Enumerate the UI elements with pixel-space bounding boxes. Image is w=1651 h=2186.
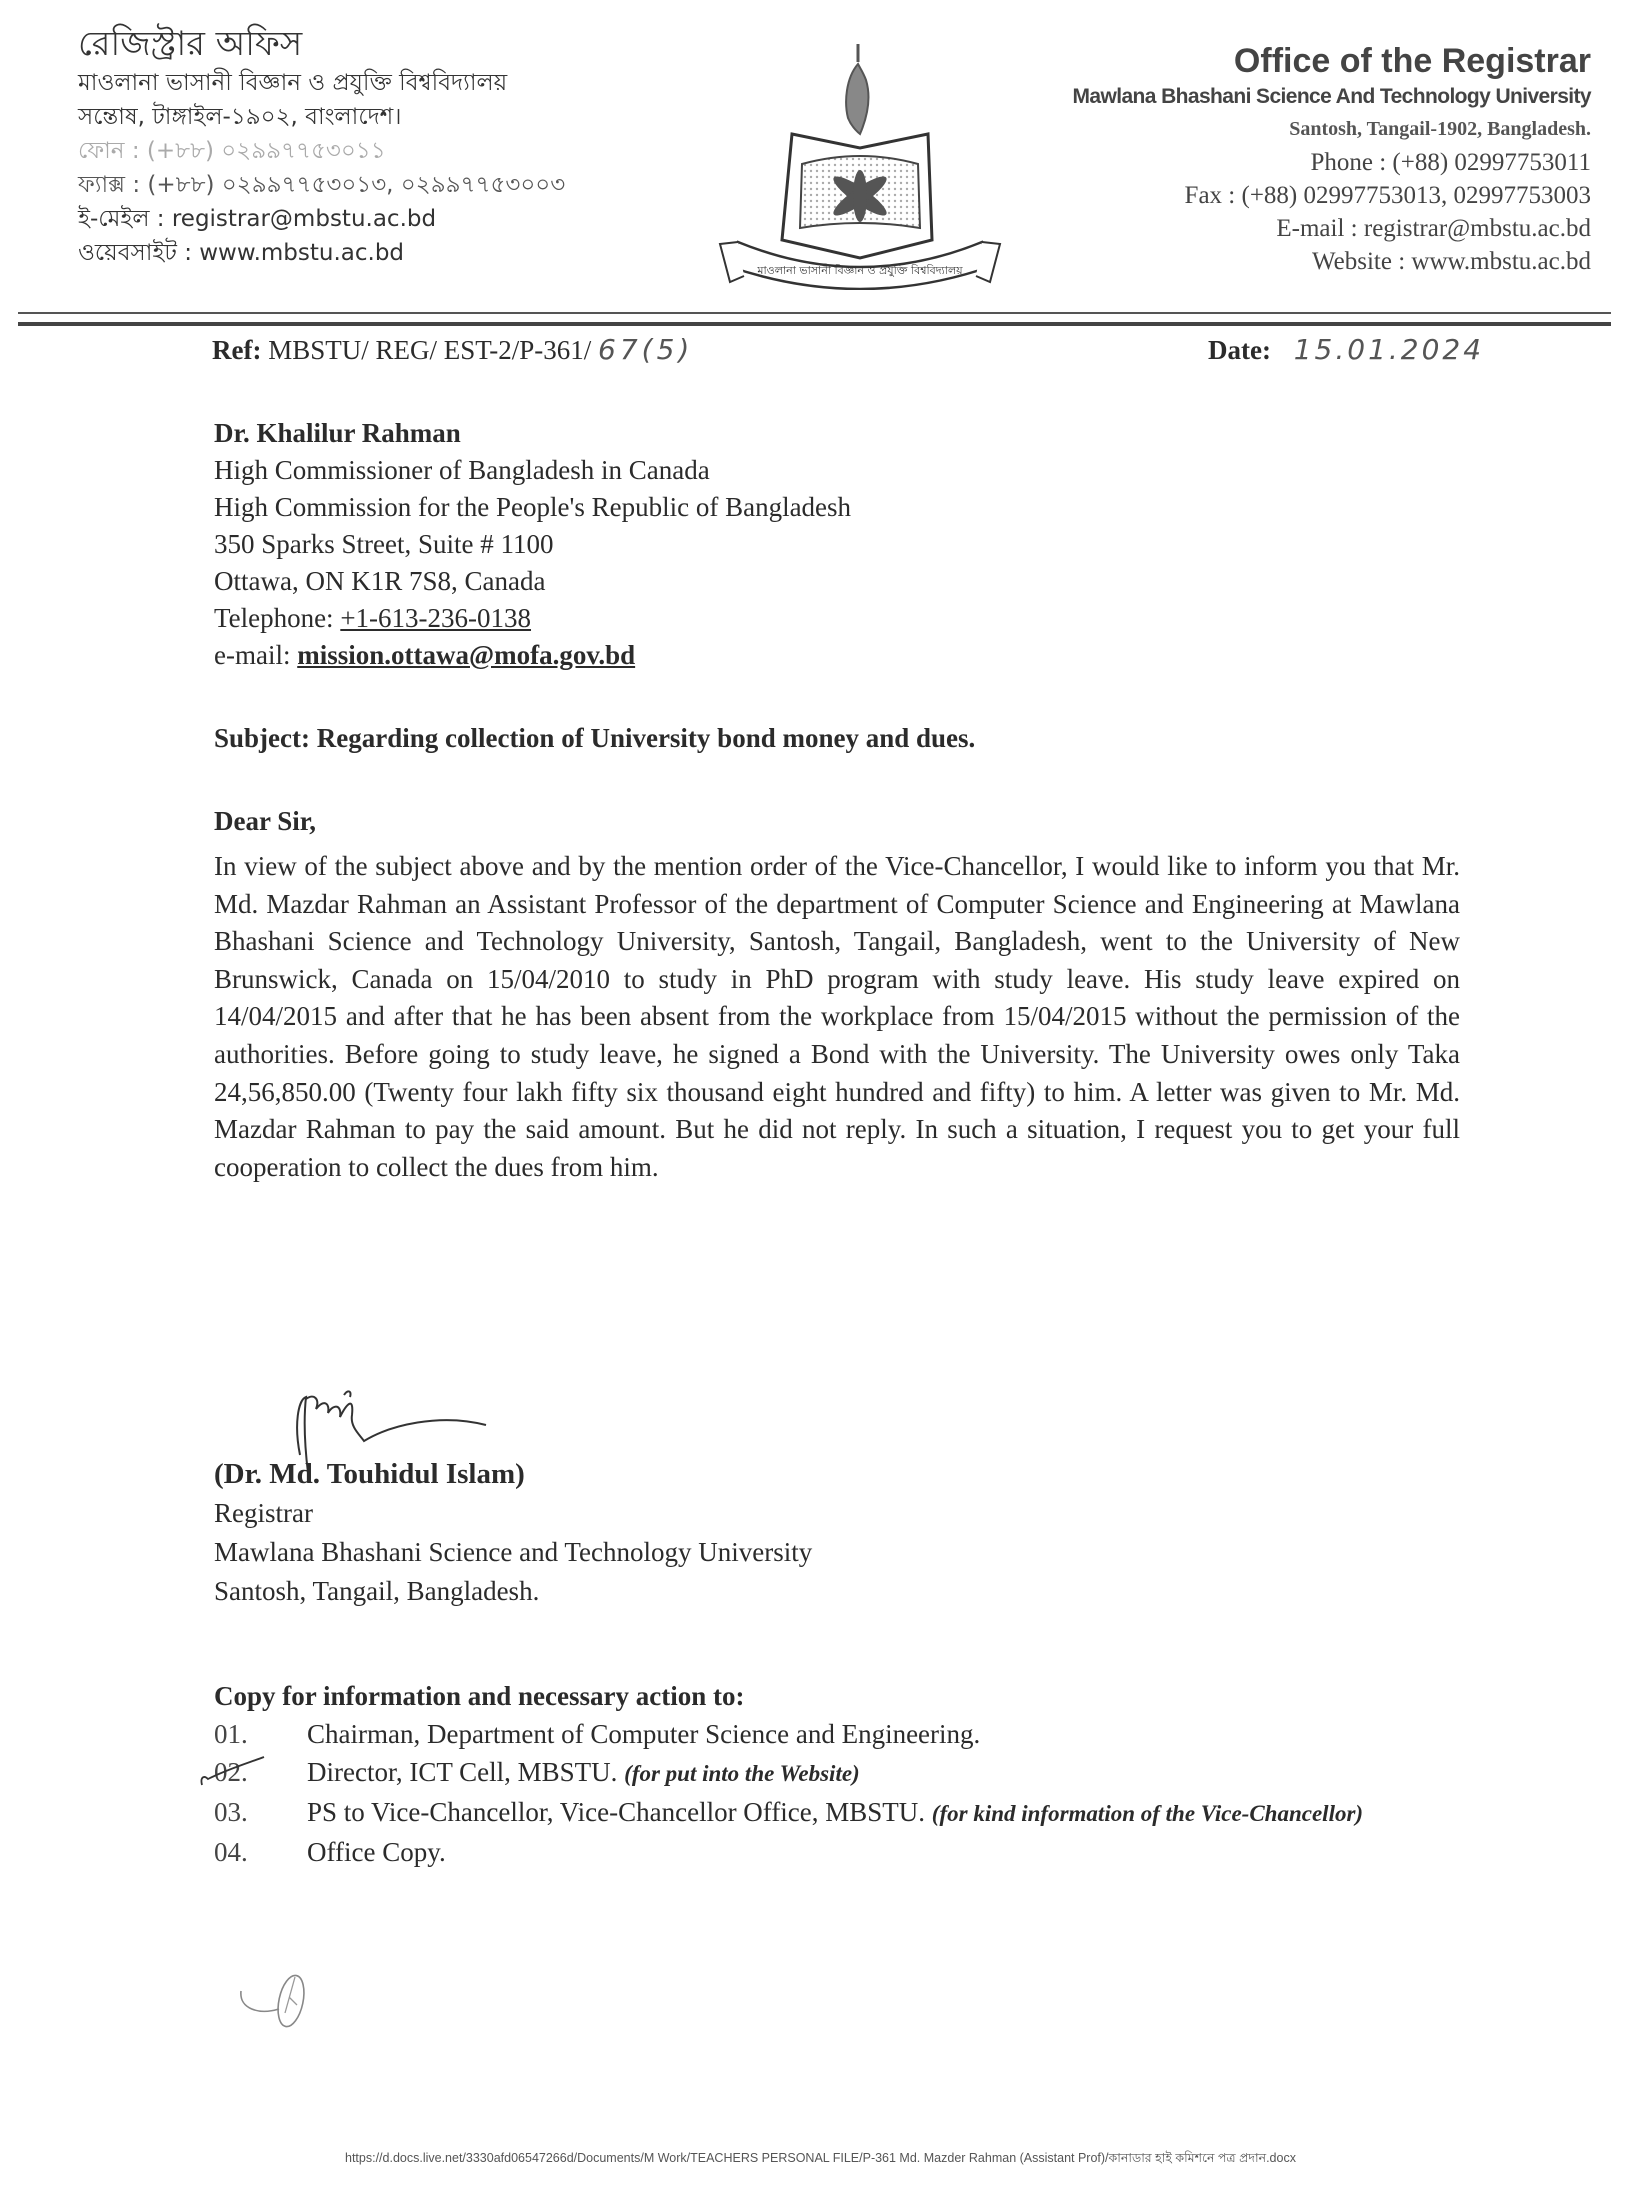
university-address: Santosh, Tangail-1902, Bangladesh. <box>1073 112 1591 146</box>
email-link[interactable]: mission.ottawa@mofa.gov.bd <box>297 640 635 670</box>
copy-item: 04. Office Copy. <box>214 1833 1454 1871</box>
website-url: Website : www.mbstu.ac.bd <box>1073 245 1591 278</box>
signatory-block: (Dr. Md. Touhidul Islam) Registrar Mawla… <box>214 1455 812 1611</box>
letterhead-bangla: রেজিস্ট্রার অফিস মাওলানা ভাসানী বিজ্ঞান … <box>78 22 565 270</box>
header-divider-thin <box>18 312 1611 314</box>
subject-line: Subject: Regarding collection of Univers… <box>214 723 975 754</box>
copy-item: 02. Director, ICT Cell, MBSTU. (for put … <box>214 1753 1454 1793</box>
copy-to-heading: Copy for information and necessary actio… <box>214 1677 1454 1715</box>
copy-to-section: Copy for information and necessary actio… <box>214 1677 1454 1871</box>
university-crest-icon: মাওলানা ভাসানী বিজ্ঞান ও প্রযুক্তি বিশ্ব… <box>700 30 1020 290</box>
addressee-organization: High Commission for the People's Republi… <box>214 489 851 526</box>
addressee-city: Ottawa, ON K1R 7S8, Canada <box>214 563 851 600</box>
copy-item-number: 03. <box>214 1793 307 1833</box>
date-handwritten: 15.01.2024 <box>1294 333 1484 366</box>
bangla-address: সন্তোষ, টাঙ্গাইল-১৯০২, বাংলাদেশ। <box>78 100 565 134</box>
copy-item-text: PS to Vice-Chancellor, Vice-Chancellor O… <box>307 1797 925 1827</box>
copy-item-text: Director, ICT Cell, MBSTU. <box>307 1757 617 1787</box>
copy-item-text: Office Copy. <box>307 1837 446 1867</box>
copy-item: 03. PS to Vice-Chancellor, Vice-Chancell… <box>214 1793 1454 1833</box>
bangla-fax: ফ্যাক্স : (+৮৮) ০২৯৯৭৭৫৩০১৩, ০২৯৯৭৭৫৩০০৩ <box>78 168 565 202</box>
bangla-office-title: রেজিস্ট্রার অফিস <box>78 22 565 66</box>
date-line: Date: 15.01.2024 <box>1208 333 1484 366</box>
signatory-address: Santosh, Tangail, Bangladesh. <box>214 1572 812 1611</box>
bangla-phone: ফোন : (+৮৮) ০২৯৯৭৭৫৩০১১ <box>78 134 565 168</box>
signatory-name: (Dr. Md. Touhidul Islam) <box>214 1455 812 1494</box>
copy-item-number: 04. <box>214 1833 307 1871</box>
ref-label: Ref: <box>212 335 261 365</box>
bangla-website: ওয়েবসাইট : www.mbstu.ac.bd <box>78 236 565 270</box>
addressee-title: High Commissioner of Bangladesh in Canad… <box>214 452 851 489</box>
telephone-label: Telephone: <box>214 603 334 633</box>
addressee-street: 350 Sparks Street, Suite # 1100 <box>214 526 851 563</box>
reference-line: Ref: MBSTU/ REG/ EST-2/P-361/ 67(5) <box>212 333 693 366</box>
signatory-designation: Registrar <box>214 1494 812 1533</box>
salutation: Dear Sir, <box>214 806 316 837</box>
bangla-university-name: মাওলানা ভাসানী বিজ্ঞান ও প্রযুক্তি বিশ্ব… <box>78 66 565 100</box>
footer-file-path: https://d.docs.live.net/3330afd06547266d… <box>345 2150 1296 2170</box>
letter-body: In view of the subject above and by the … <box>214 848 1460 1186</box>
ref-number: MBSTU/ REG/ EST-2/P-361/ <box>268 335 591 365</box>
email-label: e-mail: <box>214 640 290 670</box>
phone-number: Phone : (+88) 02997753011 <box>1073 146 1591 179</box>
copy-item: 01. Chairman, Department of Computer Sci… <box>214 1715 1454 1753</box>
handwritten-initial-icon <box>235 1965 325 2045</box>
signatory-university: Mawlana Bhashani Science and Technology … <box>214 1533 812 1572</box>
addressee-email-row: e-mail: mission.ottawa@mofa.gov.bd <box>214 637 851 674</box>
handwritten-tick-icon <box>198 1755 268 1795</box>
ref-handwritten: 67(5) <box>598 333 693 366</box>
copy-item-text: Chairman, Department of Computer Science… <box>307 1719 980 1749</box>
letterhead-english: Office of the Registrar Mawlana Bhashani… <box>1073 40 1591 278</box>
svg-text:মাওলানা ভাসানী বিজ্ঞান ও প্রযু: মাওলানা ভাসানী বিজ্ঞান ও প্রযুক্তি বিশ্ব… <box>756 264 963 277</box>
addressee-block: Dr. Khalilur Rahman High Commissioner of… <box>214 415 851 674</box>
university-name: Mawlana Bhashani Science And Technology … <box>1073 82 1591 112</box>
copy-item-note: (for kind information of the Vice-Chance… <box>932 1801 1363 1826</box>
office-title: Office of the Registrar <box>1073 40 1591 82</box>
bangla-email: ই-মেইল : registrar@mbstu.ac.bd <box>78 202 565 236</box>
addressee-telephone-row: Telephone: +1-613-236-0138 <box>214 600 851 637</box>
header-divider-thick <box>18 322 1611 326</box>
date-label: Date: <box>1208 335 1271 365</box>
email-address: E-mail : registrar@mbstu.ac.bd <box>1073 212 1591 245</box>
copy-item-number: 01. <box>214 1715 307 1753</box>
fax-number: Fax : (+88) 02997753013, 02997753003 <box>1073 179 1591 212</box>
telephone-number: +1-613-236-0138 <box>340 603 531 633</box>
addressee-name: Dr. Khalilur Rahman <box>214 415 851 452</box>
copy-item-note: (for put into the Website) <box>624 1761 860 1786</box>
